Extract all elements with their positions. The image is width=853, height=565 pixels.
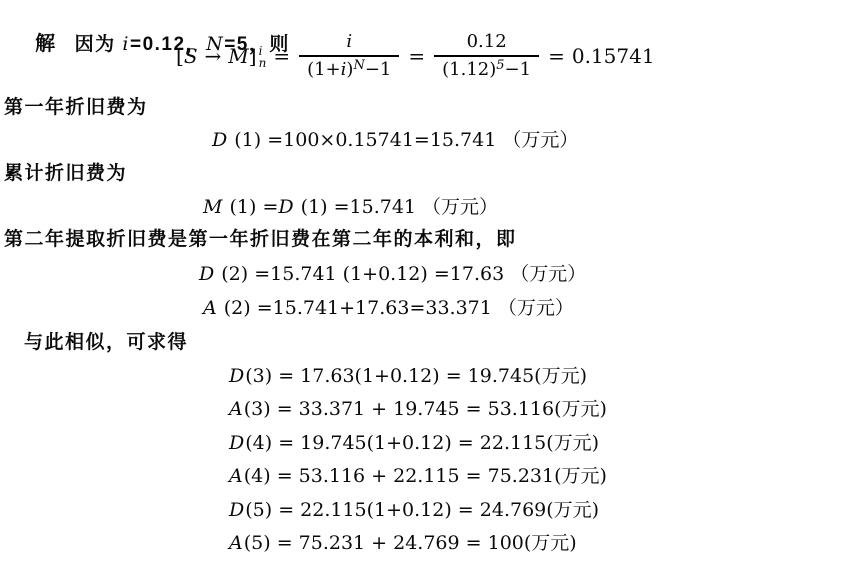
equation-d4: D(4) = 19.745(1+0.12) = 22.115(万元) bbox=[229, 428, 599, 455]
equation-d5-rest: (5) = 22.115(1+0.12) = 24.769(万元) bbox=[245, 499, 599, 521]
equation-d3-rest: (3) = 17.63(1+0.12) = 19.745(万元) bbox=[245, 365, 587, 387]
paragraph-similar: 与此相似，可求得 bbox=[24, 327, 188, 354]
formula-result: 0.15741 bbox=[572, 44, 655, 68]
equation-m1-rest2: (1) =15.741 （万元） bbox=[295, 196, 498, 218]
equation-a3-rest: (3) = 33.371 + 19.745 = 53.116(万元) bbox=[244, 398, 607, 420]
paragraph-second-year: 第二年提取折旧费是第一年折旧费在第二年的本利和，即 bbox=[4, 224, 517, 251]
sinking-fund-formula: [S→M]in = i (1+i)N−1 = 0.12 (1.12)5−1 = … bbox=[176, 32, 655, 80]
equation-d2-var: D bbox=[199, 263, 215, 285]
equation-m1: M (1) =D (1) =15.741 （万元） bbox=[203, 192, 498, 219]
equation-m1-var2: D bbox=[278, 196, 294, 218]
frac2-numerator: 0.12 bbox=[461, 32, 513, 55]
bracket-supsub: in bbox=[259, 45, 267, 70]
equation-a5-var: A bbox=[229, 532, 244, 554]
solution-label: 解 bbox=[35, 33, 57, 55]
equation-d4-var: D bbox=[229, 432, 245, 454]
fraction-2: 0.12 (1.12)5−1 bbox=[434, 32, 539, 80]
equation-a3: A(3) = 33.371 + 19.745 = 53.116(万元) bbox=[229, 394, 607, 421]
frac2-den-exponent: 5 bbox=[496, 58, 504, 73]
equation-d1-rest: (1) =100×0.15741=15.741 （万元） bbox=[228, 129, 578, 151]
equation-a2-rest: (2) =15.741+17.63=33.371 （万元） bbox=[218, 297, 574, 319]
equation-m1-var: M bbox=[203, 196, 223, 218]
equals-1: = bbox=[273, 44, 290, 68]
intro-text-1: 因为 bbox=[75, 34, 123, 55]
equation-a4-rest: (4) = 53.116 + 22.115 = 75.231(万元) bbox=[244, 465, 607, 487]
frac2-den-a: (1.12) bbox=[442, 59, 496, 80]
frac1-numerator: i bbox=[340, 32, 358, 55]
bracket-sup-i: i bbox=[259, 45, 263, 58]
equals-3: = bbox=[548, 44, 565, 68]
equation-d2-rest: (2) =15.741 (1+0.12) =17.63 （万元） bbox=[215, 263, 586, 285]
frac1-den-exponent: N bbox=[353, 58, 364, 73]
frac1-den-tail: −1 bbox=[365, 59, 392, 80]
equation-a3-var: A bbox=[229, 398, 244, 420]
equation-d1: D (1) =100×0.15741=15.741 （万元） bbox=[212, 125, 578, 152]
equals-2: = bbox=[408, 44, 425, 68]
frac1-denominator: (1+i)N−1 bbox=[299, 55, 399, 81]
equation-d5-var: D bbox=[229, 499, 245, 521]
frac2-den-tail: −1 bbox=[505, 59, 532, 80]
equation-a4: A(4) = 53.116 + 22.115 = 75.231(万元) bbox=[229, 461, 607, 488]
bracket-close: ] bbox=[249, 44, 257, 68]
bracket-open: [ bbox=[176, 44, 184, 68]
equation-d2: D (2) =15.741 (1+0.12) =17.63 （万元） bbox=[199, 259, 586, 286]
var-i: i bbox=[122, 33, 130, 55]
equation-a4-var: A bbox=[229, 465, 244, 487]
var-m: M bbox=[228, 44, 248, 68]
equation-a2: A (2) =15.741+17.63=33.371 （万元） bbox=[203, 293, 574, 320]
fraction-1: i (1+i)N−1 bbox=[299, 32, 399, 80]
equation-d3: D(3) = 17.63(1+0.12) = 19.745(万元) bbox=[229, 361, 587, 388]
paragraph-first-year: 第一年折旧费为 bbox=[4, 92, 148, 119]
bracket-sub-n: n bbox=[259, 57, 267, 70]
equation-d4-rest: (4) = 19.745(1+0.12) = 22.115(万元) bbox=[245, 432, 599, 454]
equation-d5: D(5) = 22.115(1+0.12) = 24.769(万元) bbox=[229, 495, 599, 522]
frac2-denominator: (1.12)5−1 bbox=[434, 55, 539, 81]
equation-a5-rest: (5) = 75.231 + 24.769 = 100(万元) bbox=[244, 532, 577, 554]
var-s: S bbox=[184, 44, 198, 68]
equation-a2-var: A bbox=[203, 297, 218, 319]
frac1-den-a: (1+ bbox=[307, 59, 341, 80]
document-page: 解因为 i=0.12，N=5，则 [S→M]in = i (1+i)N−1 = … bbox=[0, 0, 853, 565]
equation-m1-rest1: (1) = bbox=[223, 196, 278, 218]
paragraph-cumulative: 累计折旧费为 bbox=[4, 158, 127, 185]
right-arrow-glyph: → bbox=[205, 44, 222, 68]
equation-a5: A(5) = 75.231 + 24.769 = 100(万元) bbox=[229, 528, 577, 555]
equation-d3-var: D bbox=[229, 365, 245, 387]
equation-d1-var: D bbox=[212, 129, 228, 151]
